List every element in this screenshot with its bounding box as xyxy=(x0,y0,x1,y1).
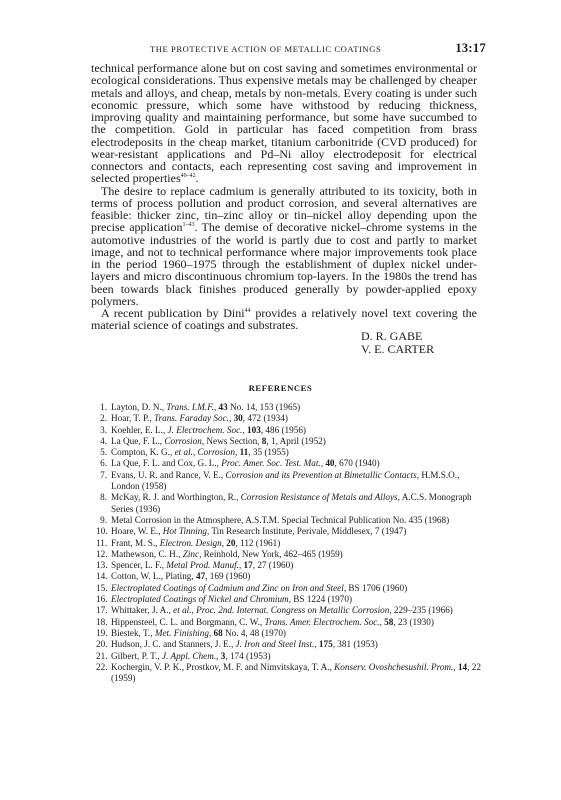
reference-source: Corrosion xyxy=(164,436,201,446)
reference-source: Electroplated Coatings of Nickel and Chr… xyxy=(111,594,289,604)
reference-item: 16.Electroplated Coatings of Nickel and … xyxy=(96,594,488,605)
reference-text: , 229–235 (1966) xyxy=(389,605,453,615)
reference-item: 1.Layton, D. N., Trans. I.M.F., 43 No. 1… xyxy=(96,402,488,413)
reference-text: , 35 (1955) xyxy=(248,447,289,457)
reference-volume: 40 xyxy=(325,458,334,468)
reference-number: 7. xyxy=(96,470,107,481)
reference-text: , 169 (1960) xyxy=(205,571,250,581)
body-paragraph: A recent publication by Dini44 provides … xyxy=(91,307,477,332)
reference-source: Hot Tinning xyxy=(163,526,207,536)
reference-text: Compton, K. G., xyxy=(111,447,175,457)
reference-source: Corrosion xyxy=(198,447,235,457)
reference-item: 12.Mathewson, C. H., Zinc, Reinhold, New… xyxy=(96,549,488,560)
reference-item: 19.Biestek, T., Met. Finishing, 68 No. 4… xyxy=(96,628,488,639)
reference-text: Evans, U. R. and Rance, V. E., xyxy=(111,470,226,480)
reference-item: 20.Hudson, J. C. and Stanners, J. E., J.… xyxy=(96,639,488,650)
reference-item: 17.Whittaker, J. A., et al., Proc. 2nd. … xyxy=(96,605,488,616)
reference-text: Hoare, W. E., xyxy=(111,526,163,536)
paragraph-text: . The demise of decorative nickel–chrome… xyxy=(91,220,477,308)
reference-item: 4.La Que, F. L., Corrosion, News Section… xyxy=(96,436,488,447)
paragraph-text: technical performance alone but on cost … xyxy=(91,61,477,185)
reference-source: et al. xyxy=(173,605,191,615)
reference-text: , 112 (1961) xyxy=(235,538,280,548)
reference-volume: 43 xyxy=(219,402,228,412)
reference-item: 15.Electroplated Coatings of Cadmium and… xyxy=(96,583,488,594)
reference-volume: 11 xyxy=(240,447,249,457)
reference-item: 18.Hippensteel, C. L. and Borgmann, C. W… xyxy=(96,617,488,628)
reference-number: 2. xyxy=(96,413,107,424)
reference-number: 11. xyxy=(96,538,107,549)
reference-volume: 58 xyxy=(384,617,393,627)
reference-number: 13. xyxy=(96,560,107,571)
reference-item: 22.Kochergin, V. P. K., Prostkov, M. F. … xyxy=(96,662,488,685)
reference-number: 14. xyxy=(96,571,107,582)
references-heading: REFERENCES xyxy=(0,383,561,393)
reference-number: 1. xyxy=(96,402,107,413)
reference-item: 2.Hoar, T. P., Trans. Faraday Soc., 30, … xyxy=(96,413,488,424)
page-header: THE PROTECTIVE ACTION OF METALLIC COATIN… xyxy=(90,42,486,58)
reference-text: Spencer, L. F., xyxy=(111,560,166,570)
reference-source: Corrosion and its Prevention at Bimetall… xyxy=(226,470,417,480)
reference-text: , 381 (1953) xyxy=(333,639,378,649)
reference-item: 21.Gilbert, P. T., J. Appl. Chem., 3, 17… xyxy=(96,651,488,662)
reference-text: McKay, R. J. and Worthington, R., xyxy=(111,492,241,502)
reference-text: Cotton, W. L., Plating, xyxy=(111,571,196,581)
reference-source: Metal Prod. Manuf. xyxy=(166,560,239,570)
reference-source: J. Iron and Steel Inst. xyxy=(236,639,315,649)
reference-number: 6. xyxy=(96,458,107,469)
reference-item: 8.McKay, R. J. and Worthington, R., Corr… xyxy=(96,492,488,515)
author-name: D. R. GABE xyxy=(361,330,434,343)
reference-source: Met. Finishing xyxy=(155,628,209,638)
reference-number: 10. xyxy=(96,526,107,537)
citation-superscript: 40–42 xyxy=(181,173,196,179)
reference-source: Electron. Design xyxy=(160,538,222,548)
references-list: 1.Layton, D. N., Trans. I.M.F., 43 No. 1… xyxy=(96,402,488,684)
reference-text: Hudson, J. C. and Stanners, J. E., xyxy=(111,639,236,649)
reference-text: Layton, D. N., xyxy=(111,402,166,412)
reference-number: 12. xyxy=(96,549,107,560)
reference-text: Kochergin, V. P. K., Prostkov, M. F. and… xyxy=(111,662,334,672)
page-number: 13:17 xyxy=(455,41,486,56)
reference-text: , Tin Research Institute, Perivale, Midd… xyxy=(207,526,406,536)
reference-item: 5.Compton, K. G., et al., Corrosion, 11,… xyxy=(96,447,488,458)
reference-volume: 68 xyxy=(214,628,223,638)
reference-item: 13.Spencer, L. F., Metal Prod. Manuf., 1… xyxy=(96,560,488,571)
body-text: technical performance alone but on cost … xyxy=(91,62,477,332)
reference-text: Hippensteel, C. L. and Borgmann, C. W., xyxy=(111,617,264,627)
reference-text: , 174 (1953) xyxy=(225,651,270,661)
reference-source: Corrosion Resistance of Metals and Alloy… xyxy=(241,492,398,502)
reference-item: 10.Hoare, W. E., Hot Tinning, Tin Resear… xyxy=(96,526,488,537)
author-name: V. E. CARTER xyxy=(361,343,434,356)
reference-number: 18. xyxy=(96,617,107,628)
reference-text: , 23 (1930) xyxy=(393,617,434,627)
reference-text: No. 14, 153 (1965) xyxy=(228,402,300,412)
reference-text: Frant, M. S., xyxy=(111,538,160,548)
reference-number: 3. xyxy=(96,425,107,436)
reference-item: 6.La Que, F. L. and Cox, G. L., Proc. Am… xyxy=(96,458,488,469)
reference-text: Metal Corrosion in the Atmosphere, A.S.T… xyxy=(111,515,449,525)
reference-number: 21. xyxy=(96,651,107,662)
reference-number: 22. xyxy=(96,662,107,673)
reference-item: 11.Frant, M. S., Electron. Design, 20, 1… xyxy=(96,538,488,549)
reference-volume: 30 xyxy=(234,413,243,423)
reference-source: Trans. I.M.F. xyxy=(166,402,214,412)
reference-volume: 17 xyxy=(244,560,253,570)
reference-text: Whittaker, J. A., xyxy=(111,605,173,615)
reference-item: 3.Koehler, E. L., J. Electrochem. Soc., … xyxy=(96,425,488,436)
reference-source: J. Electrochem. Soc. xyxy=(168,425,243,435)
reference-source: et al. xyxy=(175,447,193,457)
reference-text: , 1, April (1952) xyxy=(266,436,325,446)
reference-number: 4. xyxy=(96,436,107,447)
reference-text: , BS 1706 (1960) xyxy=(344,583,407,593)
reference-number: 8. xyxy=(96,492,107,503)
reference-number: 16. xyxy=(96,594,107,605)
reference-text: , Reinhold, New York, 462–465 (1959) xyxy=(199,549,343,559)
reference-text: Mathewson, C. H., xyxy=(111,549,183,559)
reference-number: 5. xyxy=(96,447,107,458)
reference-text: , 472 (1934) xyxy=(243,413,288,423)
running-title: THE PROTECTIVE ACTION OF METALLIC COATIN… xyxy=(150,44,381,54)
authors: D. R. GABE V. E. CARTER xyxy=(361,330,434,355)
reference-source: J. Appl. Chem. xyxy=(162,651,216,661)
reference-source: Konserv. Ovoshchesushil. Prom. xyxy=(334,662,453,672)
reference-text: Hoar, T. P., xyxy=(111,413,154,423)
reference-number: 19. xyxy=(96,628,107,639)
reference-number: 20. xyxy=(96,639,107,650)
reference-volume: 175 xyxy=(319,639,333,649)
reference-source: Proc. 2nd. Internat. Congress on Metalli… xyxy=(196,605,389,615)
body-paragraph: The desire to replace cadmium is general… xyxy=(91,185,477,308)
reference-text: , 670 (1940) xyxy=(335,458,380,468)
reference-item: 7.Evans, U. R. and Rance, V. E., Corrosi… xyxy=(96,470,488,493)
reference-source: Trans. Faraday Soc. xyxy=(154,413,229,423)
reference-text: Biestek, T., xyxy=(111,628,155,638)
reference-text: Gilbert, P. T., xyxy=(111,651,162,661)
reference-text: Koehler, E. L., xyxy=(111,425,168,435)
reference-volume: 103 xyxy=(247,425,261,435)
reference-volume: 14 xyxy=(458,662,467,672)
reference-text: , 27 (1960) xyxy=(253,560,294,570)
reference-text: No. 4, 48 (1970) xyxy=(223,628,286,638)
reference-item: 9.Metal Corrosion in the Atmosphere, A.S… xyxy=(96,515,488,526)
reference-source: Electroplated Coatings of Cadmium and Zi… xyxy=(111,583,344,593)
reference-text: , News Section, xyxy=(202,436,262,446)
body-paragraph: technical performance alone but on cost … xyxy=(91,62,477,185)
reference-source: Proc. Amer. Soc. Test. Mat. xyxy=(221,458,320,468)
reference-text: La Que, F. L., xyxy=(111,436,164,446)
reference-text: , 486 (1956) xyxy=(261,425,306,435)
reference-number: 17. xyxy=(96,605,107,616)
reference-text: La Que, F. L. and Cox, G. L., xyxy=(111,458,221,468)
reference-source: Zinc xyxy=(183,549,199,559)
reference-item: 14.Cotton, W. L., Plating, 47, 169 (1960… xyxy=(96,571,488,582)
reference-text: , BS 1224 (1970) xyxy=(289,594,352,604)
reference-volume: 47 xyxy=(196,571,205,581)
reference-number: 15. xyxy=(96,583,107,594)
reference-number: 9. xyxy=(96,515,107,526)
citation-superscript: 1–43 xyxy=(183,222,195,228)
reference-source: Trans. Amer. Electrochem. Soc. xyxy=(264,617,379,627)
